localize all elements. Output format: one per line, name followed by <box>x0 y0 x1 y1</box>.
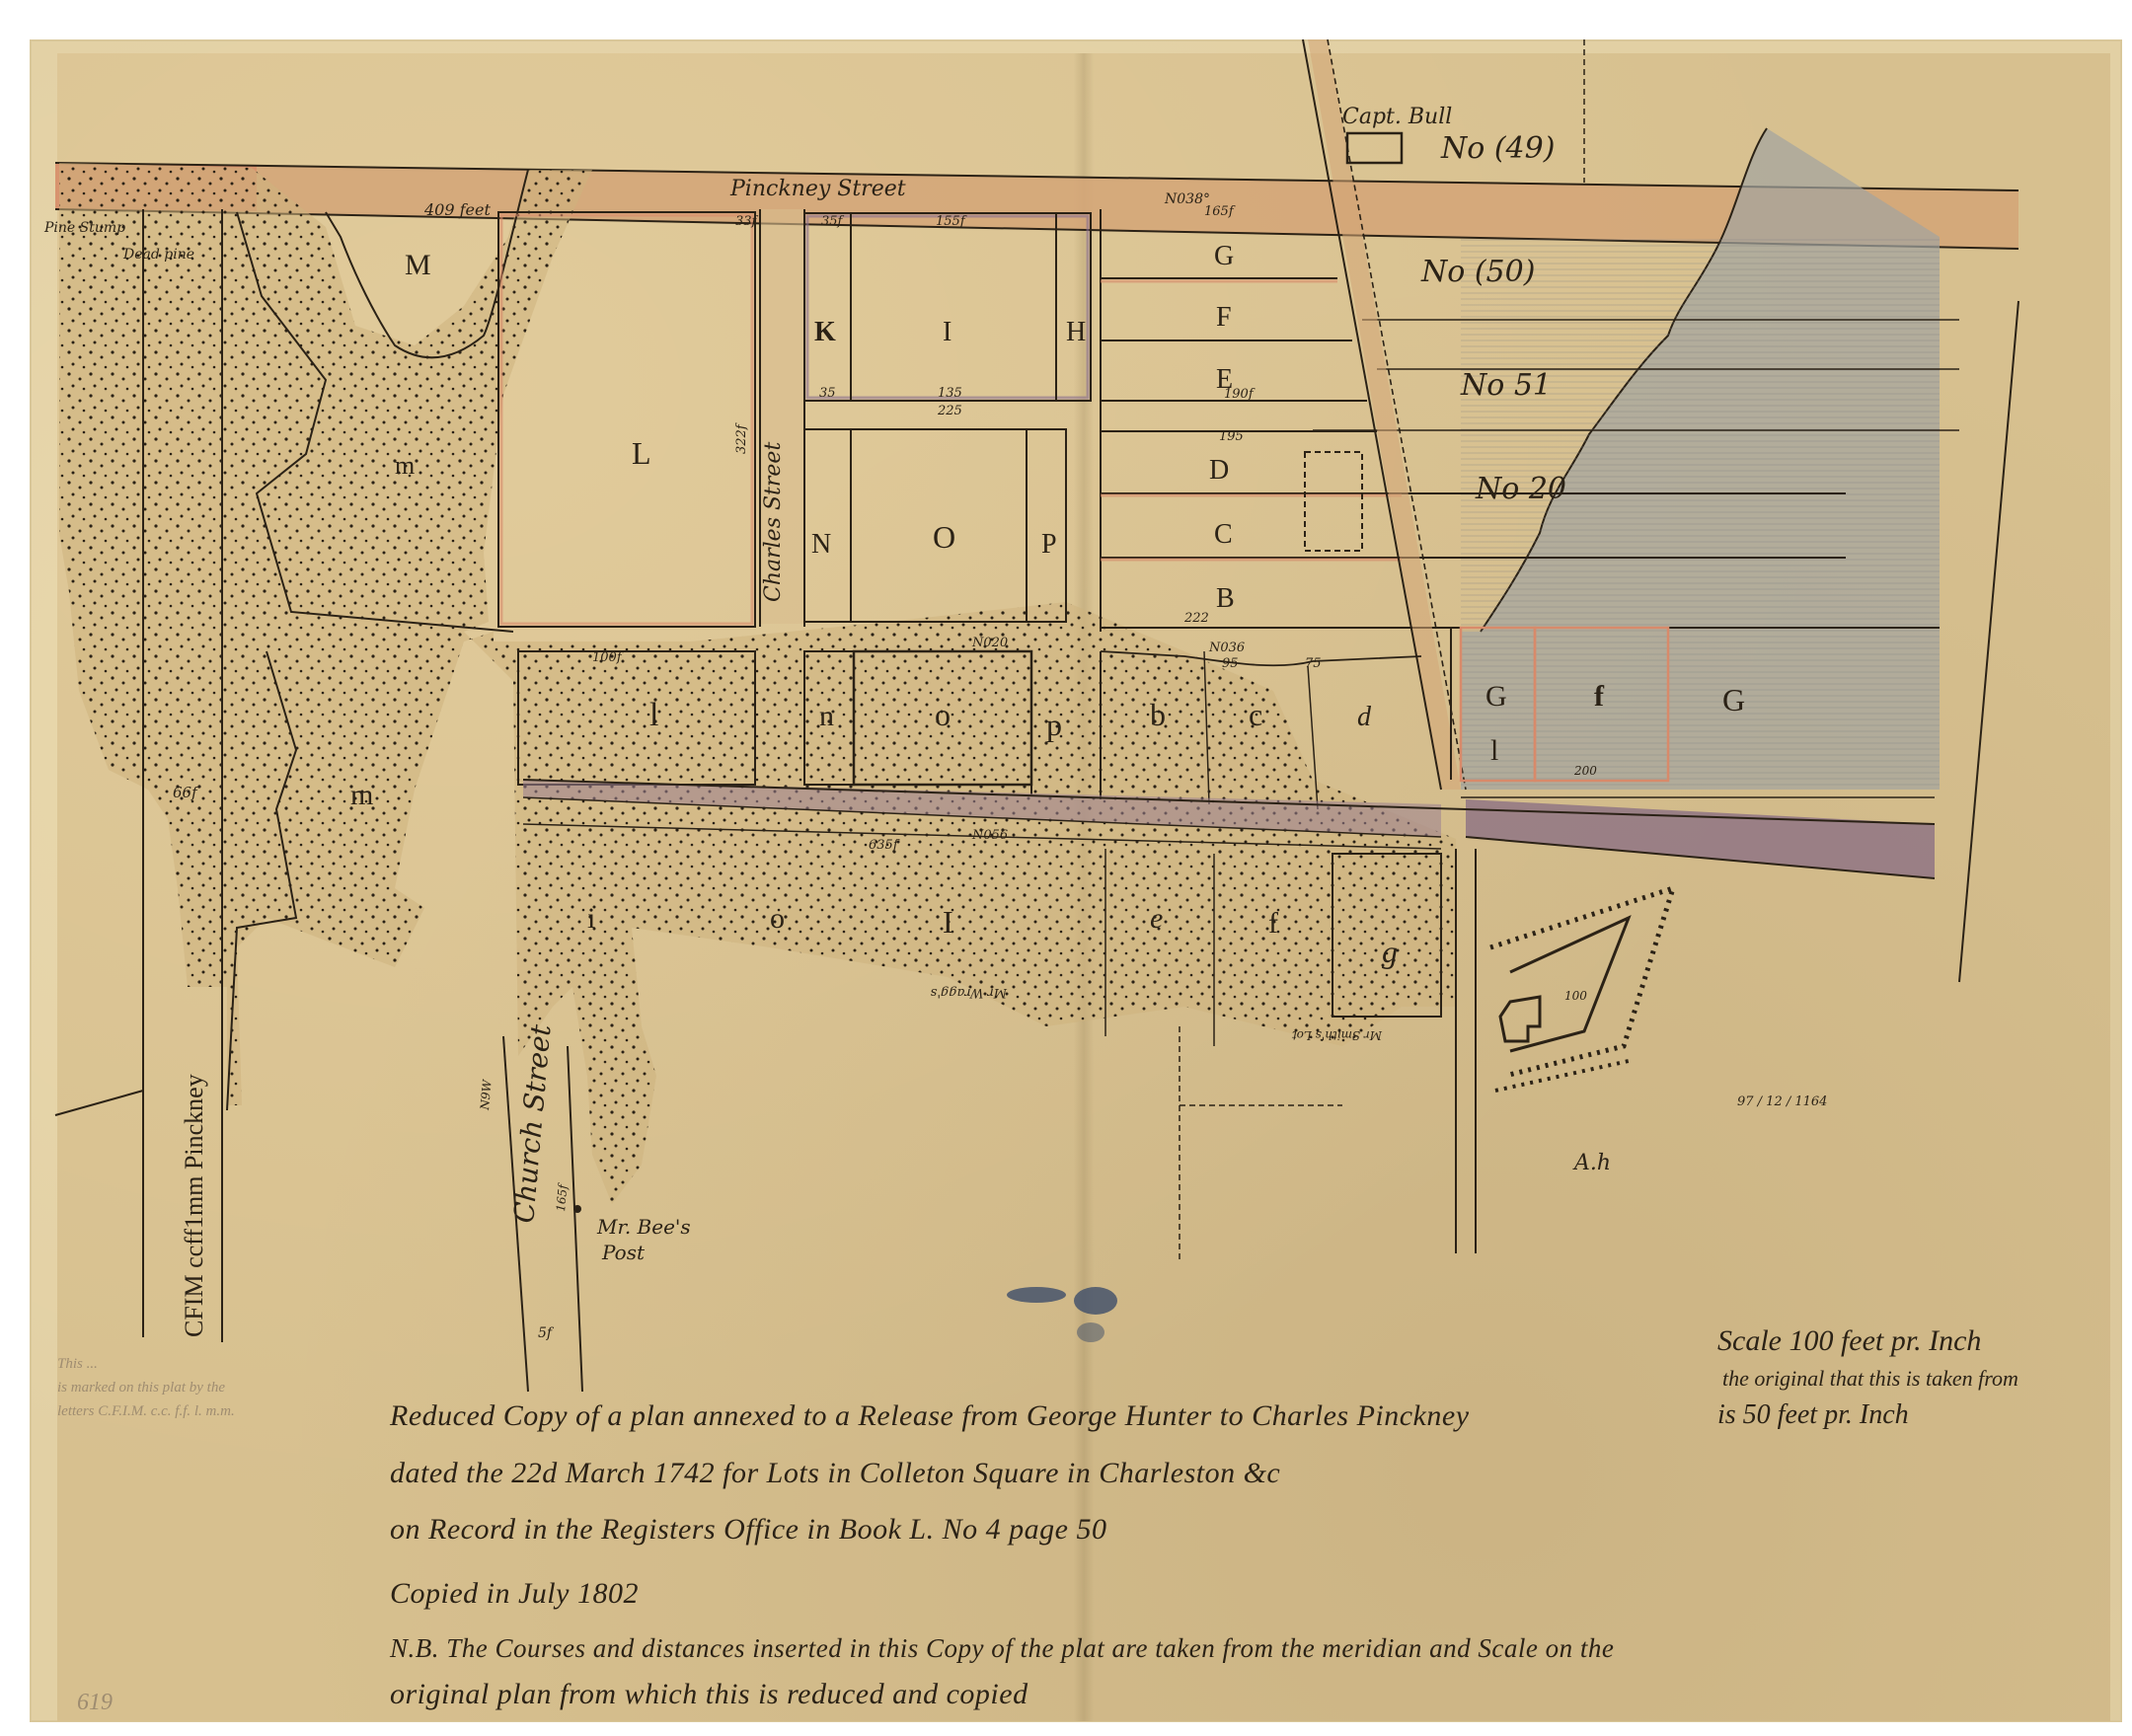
lot-n: n <box>819 700 834 732</box>
lot-d: d <box>1357 702 1372 732</box>
lot-g-marsh: G <box>1485 680 1507 713</box>
label-mr-wragg: Mr Wragg's <box>930 985 1008 1000</box>
dim-75: 75 <box>1305 656 1322 671</box>
scale-note-50: is 50 feet pr. Inch <box>1717 1399 1909 1431</box>
street-label-charles: Charles Street <box>761 442 786 602</box>
lot-o2: o <box>770 902 785 935</box>
block-kih <box>804 213 1091 401</box>
scale-note: Scale 100 feet pr. Inch <box>1717 1324 1981 1358</box>
lot-G-marsh: G <box>1722 682 1745 717</box>
pencil-note-line-3: letters C.F.I.M. c.c. f.f. l. m.m. <box>57 1399 235 1423</box>
lot-I: I <box>943 317 952 347</box>
lot-b: b <box>1150 697 1166 732</box>
street-label-pinckney: Pinckney Street <box>729 177 906 201</box>
dim-635f: 635f <box>869 838 900 853</box>
label-n038: N038° <box>1164 191 1210 207</box>
dim-155f: 155f <box>936 214 967 229</box>
lot-g: g <box>1382 934 1398 969</box>
pencil-note-line-1: This ... <box>57 1352 235 1376</box>
label-lot-51: No 51 <box>1460 368 1552 403</box>
dim-n056: N056 <box>971 828 1008 843</box>
dim-195: 195 <box>1219 429 1244 444</box>
dim-n020: N020 <box>971 636 1008 650</box>
lot-H: H <box>1066 317 1086 347</box>
lot-P: P <box>1041 529 1057 560</box>
lot-M: M <box>405 249 431 281</box>
label-lot-50: No (50) <box>1420 255 1535 289</box>
lot-c: c <box>1249 697 1262 732</box>
dim-190f: 190f <box>1224 387 1256 402</box>
dim-95: 95 <box>1222 656 1239 671</box>
pencil-note-line-2: is marked on this plat by the <box>57 1376 235 1399</box>
caption-line-5: N.B. The Courses and distances inserted … <box>390 1633 1614 1664</box>
label-pencil-ah: A.h <box>1572 1151 1611 1175</box>
lot-f-marsh: f <box>1594 680 1605 713</box>
lot-m-lower: m <box>350 779 373 811</box>
dim-225: 225 <box>937 404 962 418</box>
label-n9w: N9W <box>478 1078 495 1111</box>
lot-F: F <box>1216 302 1232 333</box>
caption-line-3: on Record in the Registers Office in Boo… <box>390 1513 1106 1547</box>
dim-66f: 66f <box>173 784 199 801</box>
lot-B: B <box>1216 583 1235 614</box>
dim-322f: 322f <box>734 422 749 454</box>
catalog-number: 619 <box>77 1690 113 1716</box>
label-pine-stump: Pine Stump <box>43 220 125 236</box>
label-post: Post <box>601 1241 646 1264</box>
dim-n036: N036 <box>1208 641 1245 655</box>
dim-165f: 165f <box>1204 204 1236 219</box>
dim-35: 35 <box>819 386 836 401</box>
label-capt-bull: Capt. Bull <box>1342 105 1452 129</box>
street-label-church: Church Street <box>507 1022 558 1225</box>
dim-35f: 35f <box>821 214 845 229</box>
label-dead-pine: Dead pine <box>122 247 194 263</box>
dim-165f-b: 165f <box>554 1181 571 1212</box>
lot-G: G <box>1214 241 1234 271</box>
lot-L: L <box>632 435 651 471</box>
scale-line-3: is 50 feet pr. Inch <box>1717 1399 1909 1431</box>
label-mr-bees: Mr. Bee's <box>596 1215 691 1239</box>
stippled-ground <box>59 163 1456 1204</box>
lot-D: D <box>1209 455 1229 486</box>
ink-blot <box>1007 1287 1117 1342</box>
dim-100-marsh: 100 <box>1564 989 1587 1003</box>
caption-line-6: original plan from which this is reduced… <box>390 1678 1028 1711</box>
dim-33f: 33f <box>735 214 759 229</box>
lot-l-marsh: l <box>1490 734 1498 767</box>
label-409-feet: 409 feet <box>423 200 491 219</box>
caption-line-1: Reduced Copy of a plan annexed to a Rele… <box>390 1399 1470 1433</box>
dim-200: 200 <box>1573 764 1597 778</box>
label-pencil-numbers: 97 / 12 / 1164 <box>1737 1094 1827 1109</box>
dim-222: 222 <box>1183 611 1209 626</box>
dim-100f: 100f <box>592 650 624 665</box>
lot-l: l <box>649 697 658 733</box>
scale-line-2: the original that this is taken from <box>1722 1366 2018 1392</box>
caption-line-2: dated the 22d March 1742 for Lots in Col… <box>390 1457 1280 1490</box>
lot-I2: I <box>943 904 953 940</box>
lot-f: f <box>1268 907 1278 940</box>
lot-e: e <box>1150 902 1163 935</box>
label-vertical-owners: CFIM ccff1mm Pinckney <box>180 1074 208 1337</box>
dim-135: 135 <box>938 386 962 401</box>
dim-5f: 5f <box>538 1325 555 1341</box>
label-lot-20: No 20 <box>1475 472 1566 506</box>
lot-p: p <box>1046 707 1062 742</box>
lot-i2: i <box>587 902 595 935</box>
label-lot-49: No (49) <box>1440 131 1555 166</box>
lot-C: C <box>1214 519 1233 550</box>
scale-note-original: the original that this is taken from <box>1722 1366 2018 1392</box>
scale-line-1: Scale 100 feet pr. Inch <box>1717 1324 1981 1358</box>
lot-O: O <box>933 519 955 555</box>
label-mr-smiths-lot: Mr Smith's Lot <box>1292 1028 1383 1042</box>
caption-line-4: Copied in July 1802 <box>390 1577 639 1611</box>
lot-K: K <box>814 317 836 347</box>
lot-m-upper: m <box>395 451 415 480</box>
pencil-note: This ... is marked on this plat by the l… <box>57 1352 235 1423</box>
lot-N: N <box>811 529 831 560</box>
lot-o: o <box>935 697 951 732</box>
